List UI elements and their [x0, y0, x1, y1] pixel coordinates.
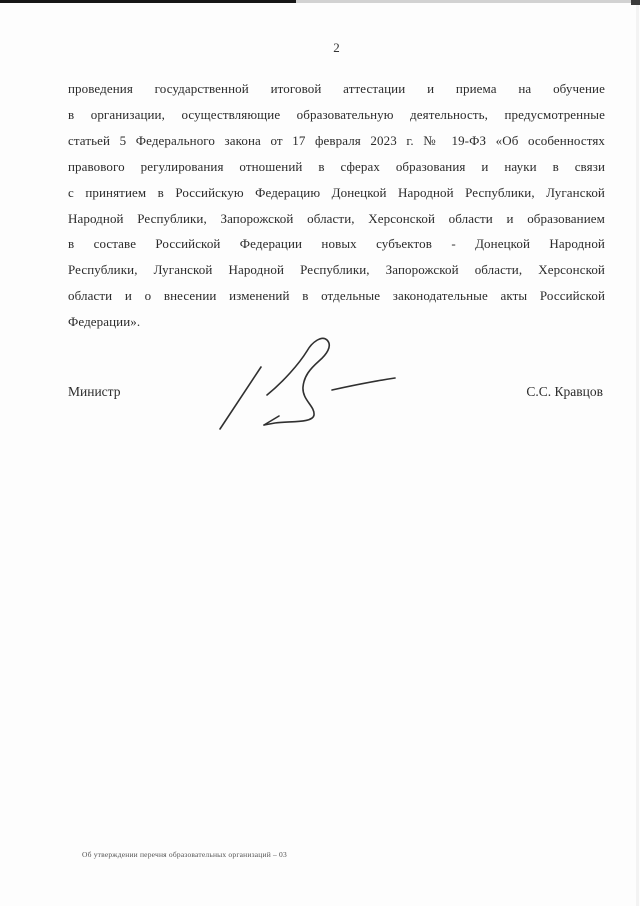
scan-edge-artifact-dark: [0, 0, 296, 3]
paragraph-line: в составе Российской Федерации новых суб…: [68, 231, 605, 257]
paragraph-line: правового регулирования отношений в сфер…: [68, 154, 605, 180]
footer-note: Об утверждении перечня образовательных о…: [82, 850, 287, 859]
paragraph-line: в организации, осуществляющие образовате…: [68, 102, 605, 128]
signatory-name: С.С. Кравцов: [526, 384, 603, 400]
paragraph-line: статьей 5 Федерального закона от 17 февр…: [68, 128, 605, 154]
paragraph-line: проведения государственной итоговой атте…: [68, 76, 605, 102]
paragraph-line: Народной Республики, Запорожской области…: [68, 206, 605, 232]
scan-edge-artifact-light: [296, 0, 640, 3]
scan-right-edge-noise: [636, 0, 639, 906]
paragraph-line: Республики, Луганской Народной Республик…: [68, 257, 605, 283]
body-paragraph: проведения государственной итоговой атте…: [68, 76, 605, 335]
handwritten-signature-icon: [205, 330, 405, 440]
paragraph-line: области и о внесении изменений в отдельн…: [68, 283, 605, 309]
signatory-title: Министр: [68, 384, 120, 400]
scanned-document-page: 2 проведения государственной итоговой ат…: [0, 0, 640, 906]
paragraph-line: с принятием в Российскую Федерацию Донец…: [68, 180, 605, 206]
page-number: 2: [68, 40, 605, 56]
